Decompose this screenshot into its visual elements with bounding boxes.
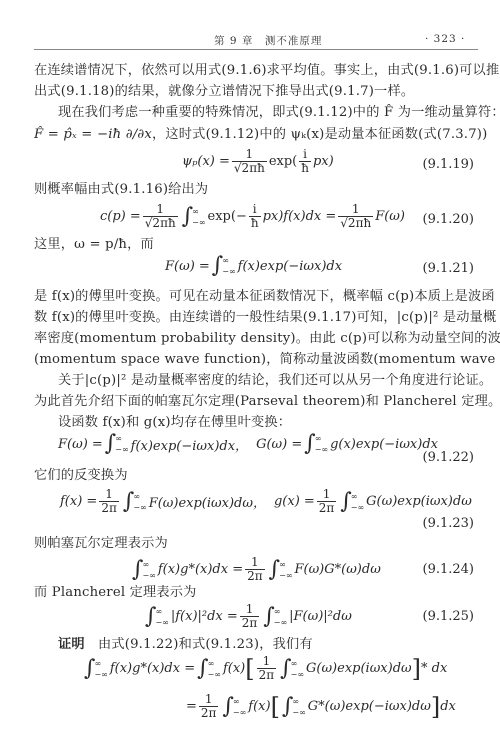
eq-text: px)f(x)dx = [263, 209, 337, 224]
lower-limit: −∞ [155, 617, 168, 628]
upper-limit: ∞ [192, 206, 205, 217]
equation-number: (9.1.23) [423, 516, 475, 531]
eq-text: f(x)exp(−iωx)dx [238, 259, 342, 274]
paragraph-line: 而 Plancherel 定理表示为 [34, 583, 197, 603]
equation-number: (9.1.21) [423, 261, 475, 276]
numerator: 1 [321, 488, 333, 501]
paragraph-line: 率密度(momentum probability density)。由此 c(p… [34, 329, 500, 349]
eq-lhs: G(ω) = [256, 437, 302, 452]
integral-sign: ∫∞−∞ [269, 559, 293, 581]
header-rule [34, 49, 478, 50]
fraction: 12π [240, 603, 260, 630]
fraction: 1√2πħ [338, 203, 373, 230]
numerator: 1 [244, 148, 256, 161]
upper-limit: ∞ [291, 658, 304, 669]
eq-lhs: g(x) = [274, 494, 315, 509]
upper-limit: ∞ [292, 696, 305, 707]
numerator: 1 [249, 556, 261, 569]
upper-limit: ∞ [208, 658, 221, 669]
lower-limit: −∞ [133, 502, 146, 513]
denominator: ħ [249, 216, 261, 230]
lower-limit: −∞ [233, 707, 246, 718]
chapter-header: 第 9 章 测不准原理 [214, 33, 322, 48]
lower-limit: −∞ [192, 217, 205, 228]
upper-limit: ∞ [351, 491, 364, 502]
fraction: iħ [249, 203, 261, 230]
equation-9-1-22: F(ω) = ∫∞−∞ f(x)exp(−iωx)dx， G(ω) = ∫∞−∞… [58, 433, 438, 455]
paragraph-line: 则概率幅由式(9.1.16)给出为 [34, 180, 208, 200]
eq-lhs: ψₚ(x) = [182, 154, 230, 169]
equation-9-1-23: f(x) = 12π ∫∞−∞ F(ω)exp(iωx)dω， g(x) = 1… [60, 488, 472, 515]
denominator: 2π [99, 501, 119, 515]
eq-text: F(ω) [375, 209, 405, 224]
numerator: 1 [154, 203, 166, 216]
eq-text: G*(ω)exp(−iωx)dω [308, 699, 431, 714]
upper-limit: ∞ [133, 491, 146, 502]
integral-sign: ∫∞−∞ [212, 255, 236, 277]
upper-limit: ∞ [142, 559, 155, 570]
integral-sign: ∫∞−∞ [84, 658, 108, 680]
fraction: 12π [257, 655, 277, 682]
eq-text: dx [440, 699, 456, 714]
paragraph-line: 关于|c(p)|² 是动量概率密度的结论，我们还可以从另一个角度进行论证。 [58, 371, 492, 391]
fraction: iħ [299, 148, 311, 175]
eq-text: f(x)g*(x)dx = [110, 661, 195, 676]
paragraph-line: 设函数 f(x)和 g(x)均存在傅里叶变换： [58, 413, 291, 433]
denominator: √2πħ [232, 161, 267, 175]
right-bracket: ] [431, 696, 440, 718]
lower-limit: −∞ [315, 444, 328, 455]
paragraph-line: 数 f(x)的傅里叶变换。由连续谱的一般性结果(9.1.17)可知，|c(p)|… [34, 308, 496, 328]
equals-sign: = [186, 699, 197, 714]
eq-text: F(ω)G*(ω)dω [294, 562, 380, 577]
denominator: 2π [240, 616, 260, 630]
proof-text: 由式(9.1.22)和式(9.1.23)，我们有 [98, 637, 313, 652]
integral-sign: ∫∞−∞ [132, 559, 156, 581]
momentum-operator-math: F̂ = p̂ₓ = −iħ ∂/∂x [34, 127, 152, 142]
denominator: 2π [245, 569, 265, 583]
left-bracket: [ [271, 696, 280, 718]
upper-limit: ∞ [274, 606, 287, 617]
eq-lhs: f(x) = [60, 494, 97, 509]
equation-number: (9.1.19) [423, 157, 475, 172]
upper-limit: ∞ [115, 433, 128, 444]
upper-limit: ∞ [233, 696, 246, 707]
numerator: 1 [244, 603, 256, 616]
integral-sign: ∫∞−∞ [182, 206, 206, 228]
eq-text: exp(− [208, 209, 247, 224]
eq-text: G(ω)exp(iωx)dω [306, 661, 412, 676]
numerator: 1 [103, 488, 115, 501]
lower-limit: −∞ [351, 502, 364, 513]
equation-9-1-21: F(ω) = ∫∞−∞ f(x)exp(−iωx)dx [165, 255, 342, 277]
denominator: √2πħ [338, 216, 373, 230]
eq-text: |f(x)|²dx = [171, 609, 238, 624]
numerator: 1 [203, 693, 215, 706]
eq-text: f(x)g*(x)dx = [158, 562, 243, 577]
upper-limit: ∞ [315, 433, 328, 444]
eq-lhs: F(ω) = [58, 437, 103, 452]
proof-label: 证明 [58, 637, 85, 652]
upper-limit: ∞ [222, 255, 235, 266]
denominator: √2πħ [143, 216, 178, 230]
paragraph-line: 这里，ω = p/ħ，而 [34, 235, 154, 255]
upper-limit: ∞ [279, 559, 292, 570]
eq-text: px) [313, 154, 334, 169]
lower-limit: −∞ [94, 669, 107, 680]
fraction: 12π [199, 693, 219, 720]
eq-text: F(ω)exp(iωx)dω， [149, 492, 266, 511]
integral-sign: ∫∞−∞ [340, 491, 364, 513]
fraction: 12π [99, 488, 119, 515]
equation-number: (9.1.20) [423, 212, 475, 227]
eq-lhs: F(ω) = [165, 259, 210, 274]
proof-line: 证明 由式(9.1.22)和式(9.1.23)，我们有 [58, 635, 313, 655]
denominator: 2π [317, 501, 337, 515]
equation-number: (9.1.24) [423, 562, 475, 577]
proof-equation-line-2: = 12π ∫∞−∞ f(x) [ ∫∞−∞ G*(ω)exp(−iωx)dω … [186, 693, 456, 720]
fraction: 12π [317, 488, 337, 515]
denominator: ħ [299, 161, 311, 175]
eq-text: f(x) [223, 661, 245, 676]
lower-limit: −∞ [274, 617, 287, 628]
fraction: 1√2πħ [143, 203, 178, 230]
numerator: i [251, 203, 259, 216]
numerator: i [301, 148, 309, 161]
upper-limit: ∞ [155, 606, 168, 617]
fraction: 1√2πħ [232, 148, 267, 175]
eq-lhs: c(p) = [100, 209, 141, 224]
equation-number: (9.1.22) [423, 450, 475, 465]
lower-limit: −∞ [291, 669, 304, 680]
denominator: 2π [199, 706, 219, 720]
lower-limit: −∞ [279, 570, 292, 581]
eq-text: f(x)exp(−iωx)dx， [131, 435, 248, 454]
paragraph-line: F̂ = p̂ₓ = −iħ ∂/∂x，这时式(9.1.12)中的 ψₖ(x)是… [34, 125, 487, 145]
paragraph-line: 它们的反变换为 [34, 466, 128, 486]
paragraph-line: 现在我们考虑一种重要的特殊情况，即式(9.1.12)中的 F̂ 为一维动量算符： [58, 103, 500, 123]
integral-sign: ∫∞−∞ [304, 433, 328, 455]
lower-limit: −∞ [142, 570, 155, 581]
lower-limit: −∞ [115, 444, 128, 455]
equation-9-1-25: ∫∞−∞ |f(x)|²dx = 12π ∫∞−∞ |F(ω)|²dω [143, 603, 352, 630]
eq-text: |F(ω)|²dω [289, 609, 352, 624]
eq-text: f(x) [248, 699, 270, 714]
eq-text: * dx [421, 661, 447, 676]
integral-sign: ∫∞−∞ [263, 606, 287, 628]
lower-limit: −∞ [208, 669, 221, 680]
integral-sign: ∫∞−∞ [145, 606, 169, 628]
integral-sign: ∫∞−∞ [123, 491, 147, 513]
paragraph-line: 出式(9.1.18)的结果，就像分立谱情况下推导出式(9.1.7)一样。 [34, 82, 414, 102]
eq-text: G(ω)exp(iωx)dω [366, 494, 472, 509]
equation-number: (9.1.25) [423, 609, 475, 624]
equation-9-1-20: c(p) = 1√2πħ ∫∞−∞ exp(− iħ px)f(x)dx = 1… [100, 203, 405, 230]
denominator: 2π [257, 668, 277, 682]
paragraph-line: 是 f(x)的傅里叶变换。可见在动量本征函数情况下，概率幅 c(p)本质上是波函 [34, 287, 495, 307]
integral-sign: ∫∞−∞ [282, 696, 306, 718]
paragraph-line: (momentum space wave function)，简称动量波函数(m… [34, 350, 500, 370]
equation-9-1-19: ψₚ(x) = 1√2πħ exp( iħ px) [182, 148, 334, 175]
numerator: 1 [350, 203, 362, 216]
paragraph-line: 在连续谱情况下，依然可以用式(9.1.6)求平均值。事实上，由式(9.1.6)可… [34, 61, 500, 81]
right-bracket: ] [412, 658, 421, 680]
lower-limit: −∞ [292, 707, 305, 718]
paragraph-line: 则帕塞瓦尔定理表示为 [34, 534, 168, 554]
page-number: · 323 · [425, 33, 465, 45]
numerator: 1 [261, 655, 273, 668]
integral-sign: ∫∞−∞ [222, 696, 246, 718]
left-bracket: [ [245, 658, 254, 680]
fraction: 12π [245, 556, 265, 583]
paragraph-text: ，这时式(9.1.12)中的 ψₖ(x)是动量本征函数(式(7.3.7)) [152, 127, 487, 142]
integral-sign: ∫∞−∞ [105, 433, 129, 455]
integral-sign: ∫∞−∞ [280, 658, 304, 680]
equation-9-1-24: ∫∞−∞ f(x)g*(x)dx = 12π ∫∞−∞ F(ω)G*(ω)dω [130, 556, 381, 583]
eq-text: exp( [269, 154, 297, 169]
upper-limit: ∞ [94, 658, 107, 669]
integral-sign: ∫∞−∞ [197, 658, 221, 680]
lower-limit: −∞ [222, 266, 235, 277]
paragraph-line: 为此首先介绍下面的帕塞瓦尔定理(Parseval theorem)和 Planc… [34, 392, 500, 412]
proof-equation-line-1: ∫∞−∞ f(x)g*(x)dx = ∫∞−∞ f(x) [ 12π ∫∞−∞ … [82, 655, 447, 682]
